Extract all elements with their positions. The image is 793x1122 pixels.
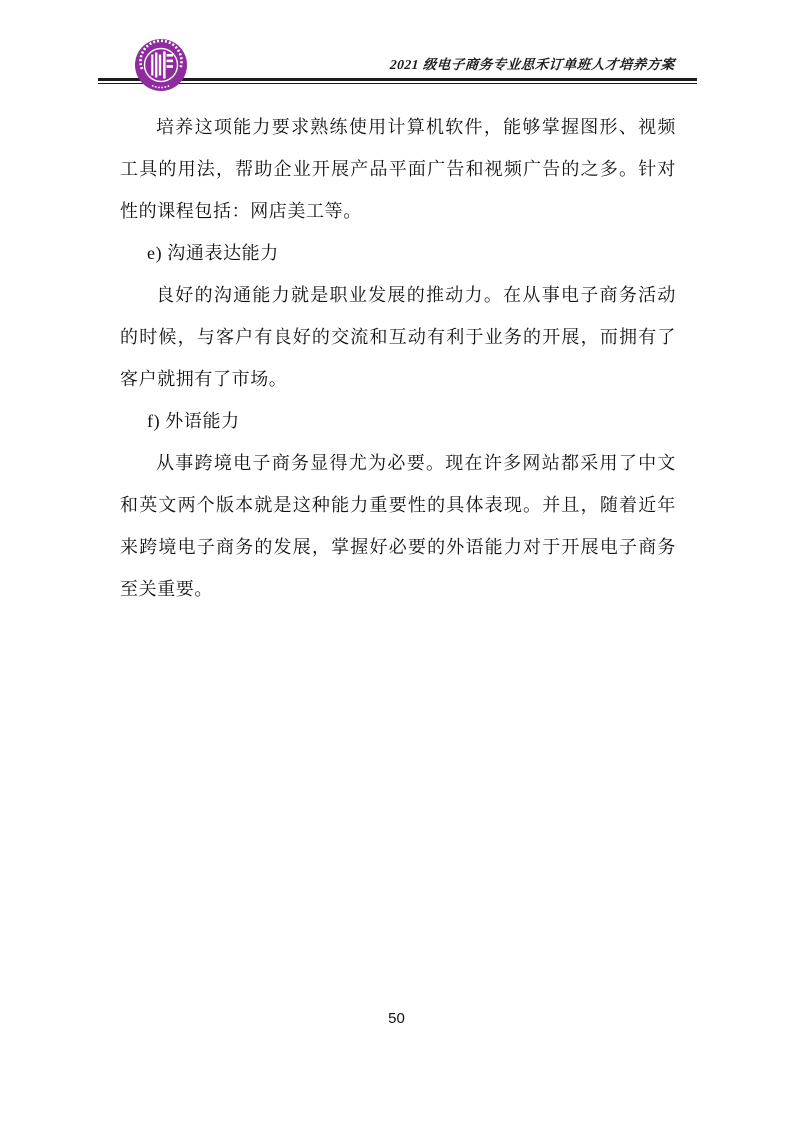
list-heading-communication: e) 沟通表达能力 xyxy=(120,232,676,274)
page-footer: 50 xyxy=(0,1010,793,1028)
paragraph-foreign-language: 从事跨境电子商务显得尤为必要。现在许多网站都采用了中文和英文两个版本就是这种能力… xyxy=(120,442,676,610)
paragraph-computer-skills: 培养这项能力要求熟练使用计算机软件，能够掌握图形、视频工具的用法，帮助企业开展产… xyxy=(120,106,676,232)
school-emblem-svg xyxy=(134,38,188,92)
header-title: 2021 级电子商务专业思禾订单班人才培养方案 xyxy=(389,54,675,75)
page-number: 50 xyxy=(388,1010,405,1027)
paragraph-communication: 良好的沟通能力就是职业发展的推动力。在从事电子商务活动的时候，与客户有良好的交流… xyxy=(120,274,676,400)
list-heading-foreign-language: f) 外语能力 xyxy=(120,400,676,442)
document-body: 培养这项能力要求熟练使用计算机软件，能够掌握图形、视频工具的用法，帮助企业开展产… xyxy=(120,106,676,610)
document-page: 2021 级电子商务专业思禾订单班人才培养方案 培养这项能力要求熟练使用计算机软… xyxy=(0,0,793,1122)
school-emblem-icon xyxy=(134,38,188,92)
